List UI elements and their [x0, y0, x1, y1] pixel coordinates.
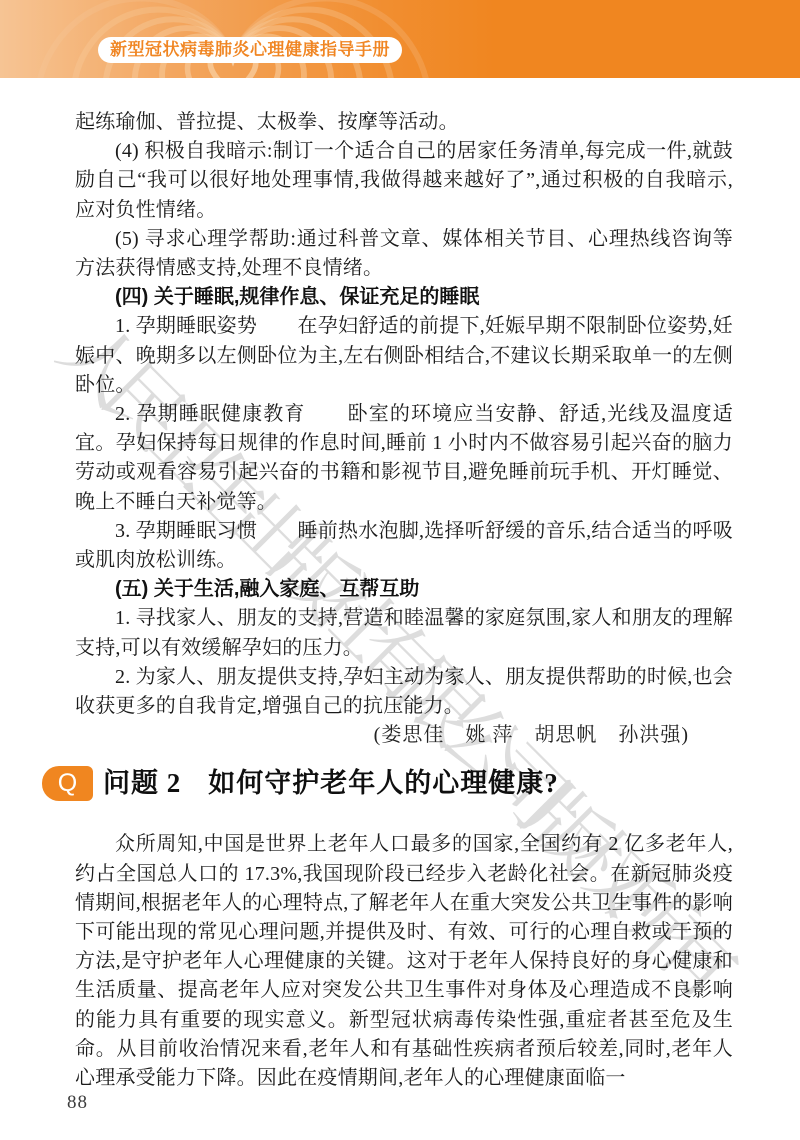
page-number: 88	[67, 1092, 88, 1114]
section-paragraph: 众所周知,中国是世界上老年人口最多的国家,全国约有 2 亿多老年人,约占全国总人…	[75, 830, 733, 1093]
paragraph: 1. 寻找家人、朋友的支持,营造和睦温馨的家庭氛围,家人和朋友的理解支持,可以有…	[75, 604, 733, 662]
question-heading: Q 问题 2如何守护老年人的心理健康?	[75, 764, 733, 804]
paragraph: 3. 孕期睡眠习惯 睡前热水泡脚,选择听舒缓的音乐,结合适当的呼吸或肌肉放松训练…	[75, 517, 733, 575]
q-letter: Q	[58, 769, 77, 797]
question-number-label: 问题 2	[103, 768, 181, 798]
question-title-text: 如何守护老年人的心理健康?	[208, 768, 559, 798]
paragraph: 2. 为家人、朋友提供支持,孕妇主动为家人、朋友提供帮助的时候,也会收获更多的自…	[75, 663, 733, 721]
authors-line: (娄思佳 姚 萍 胡思帆 孙洪强)	[75, 721, 733, 750]
page-header-band: 新型冠状病毒肺炎心理健康指导手册	[0, 0, 800, 78]
page-content: 起练瑜伽、普拉提、太极拳、按摩等活动。(4) 积极自我暗示:制订一个适合自己的居…	[75, 108, 733, 1093]
question-badge: Q	[42, 766, 93, 801]
paragraph: (4) 积极自我暗示:制订一个适合自己的居家任务清单,每完成一件,就鼓励自己“我…	[75, 137, 733, 225]
paragraph: 起练瑜伽、普拉提、太极拳、按摩等活动。	[75, 108, 733, 137]
paragraph: (5) 寻求心理学帮助:通过科普文章、媒体相关节目、心理热线咨询等方法获得情感支…	[75, 225, 733, 283]
question-title: 问题 2如何守护老年人的心理健康?	[103, 764, 733, 803]
article-blocks: 起练瑜伽、普拉提、太极拳、按摩等活动。(4) 积极自我暗示:制订一个适合自己的居…	[75, 108, 733, 750]
sub-heading: (五) 关于生活,融入家庭、互帮互助	[75, 575, 733, 604]
paragraph: 1. 孕期睡眠姿势 在孕妇舒适的前提下,妊娠早期不限制卧位姿势,妊娠中、晚期多以…	[75, 312, 733, 400]
book-page: 人民卫生出版社有限公司版权所有 新型冠状病毒肺炎心理健康指导手册 起练瑜伽、普拉…	[0, 0, 800, 1140]
paragraph: 2. 孕期睡眠健康教育 卧室的环境应当安静、舒适,光线及温度适宜。孕妇保持每日规…	[75, 400, 733, 517]
manual-title-badge: 新型冠状病毒肺炎心理健康指导手册	[98, 37, 402, 63]
sub-heading: (四) 关于睡眠,规律作息、保证充足的睡眠	[75, 283, 733, 312]
